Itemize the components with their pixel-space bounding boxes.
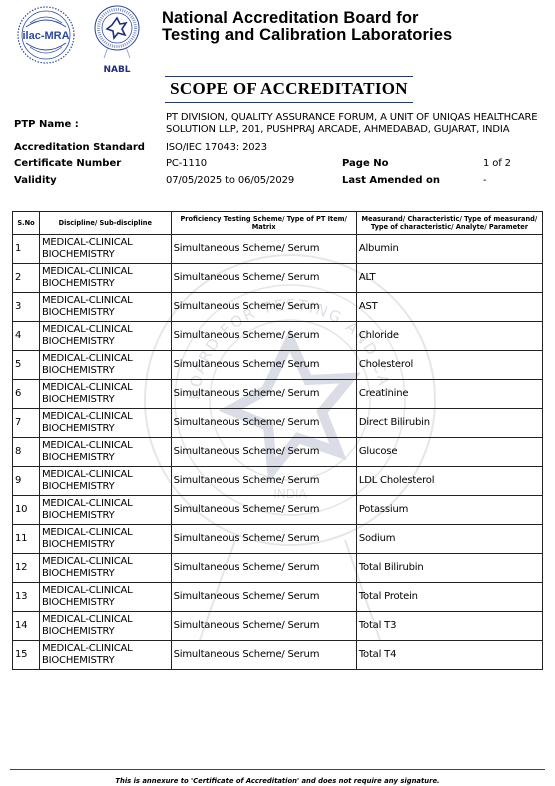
cell-pt-scheme: Simultaneous Scheme/ Serum (171, 438, 356, 467)
discipline-line2: BIOCHEMISTRY (42, 307, 169, 319)
discipline-line2: BIOCHEMISTRY (42, 481, 169, 493)
last-amended-label: Last Amended on (342, 175, 440, 187)
cell-measurand: Sodium (356, 525, 542, 554)
ptp-name-line2: SOLUTION LLP, 201, PUSHPRAJ ARCADE, AHME… (166, 124, 509, 136)
discipline-line1: MEDICAL-CLINICAL (42, 585, 169, 597)
cell-discipline: MEDICAL-CLINICALBIOCHEMISTRY (39, 496, 171, 525)
discipline-line2: BIOCHEMISTRY (42, 510, 169, 522)
table-header-row: S.No Discipline/ Sub-discipline Proficie… (13, 212, 543, 235)
certificate-number-label: Certificate Number (14, 158, 121, 170)
cell-sno: 15 (13, 641, 40, 670)
cell-measurand: AST (356, 293, 542, 322)
table-row: 11MEDICAL-CLINICALBIOCHEMISTRYSimultaneo… (13, 525, 543, 554)
table-row: 14MEDICAL-CLINICALBIOCHEMISTRYSimultaneo… (13, 612, 543, 641)
cell-measurand: Chloride (356, 322, 542, 351)
nabl-logo: NABL (92, 3, 142, 75)
cell-discipline: MEDICAL-CLINICALBIOCHEMISTRY (39, 235, 171, 264)
discipline-line1: MEDICAL-CLINICAL (42, 266, 169, 278)
cell-discipline: MEDICAL-CLINICALBIOCHEMISTRY (39, 438, 171, 467)
footer-note: This is annexure to 'Certificate of Accr… (0, 777, 555, 785)
discipline-line1: MEDICAL-CLINICAL (42, 614, 169, 626)
cell-sno: 11 (13, 525, 40, 554)
standard-value: ISO/IEC 17043: 2023 (166, 142, 267, 154)
header-sno: S.No (13, 212, 40, 235)
cell-sno: 8 (13, 438, 40, 467)
discipline-line2: BIOCHEMISTRY (42, 655, 169, 667)
table-row: 7MEDICAL-CLINICALBIOCHEMISTRYSimultaneou… (13, 409, 543, 438)
discipline-line2: BIOCHEMISTRY (42, 568, 169, 580)
header-measurand: Measurand/ Characteristic/ Type of measu… (356, 212, 542, 235)
discipline-line1: MEDICAL-CLINICAL (42, 498, 169, 510)
org-title-line2: Testing and Calibration Laboratories (162, 27, 452, 44)
header-discipline: Discipline/ Sub-discipline (39, 212, 171, 235)
cell-pt-scheme: Simultaneous Scheme/ Serum (171, 641, 356, 670)
cell-pt-scheme: Simultaneous Scheme/ Serum (171, 380, 356, 409)
cell-sno: 3 (13, 293, 40, 322)
cell-pt-scheme: Simultaneous Scheme/ Serum (171, 235, 356, 264)
ptp-name-label: PTP Name : (14, 119, 79, 131)
cell-measurand: Creatinine (356, 380, 542, 409)
cell-measurand: Total Bilirubin (356, 554, 542, 583)
cell-discipline: MEDICAL-CLINICALBIOCHEMISTRY (39, 525, 171, 554)
ptp-name-line1: PT DIVISION, QUALITY ASSURANCE FORUM, A … (166, 112, 537, 124)
cell-discipline: MEDICAL-CLINICALBIOCHEMISTRY (39, 612, 171, 641)
discipline-line1: MEDICAL-CLINICAL (42, 382, 169, 394)
validity-value: 07/05/2025 to 06/05/2029 (166, 175, 294, 187)
discipline-line1: MEDICAL-CLINICAL (42, 556, 169, 568)
header-pt-scheme: Proficiency Testing Scheme/ Type of PT I… (171, 212, 356, 235)
cell-pt-scheme: Simultaneous Scheme/ Serum (171, 293, 356, 322)
discipline-line2: BIOCHEMISTRY (42, 423, 169, 435)
cell-sno: 1 (13, 235, 40, 264)
cell-discipline: MEDICAL-CLINICALBIOCHEMISTRY (39, 322, 171, 351)
certificate-number-value: PC-1110 (166, 158, 207, 170)
cell-discipline: MEDICAL-CLINICALBIOCHEMISTRY (39, 409, 171, 438)
table-row: 12MEDICAL-CLINICALBIOCHEMISTRYSimultaneo… (13, 554, 543, 583)
cell-measurand: LDL Cholesterol (356, 467, 542, 496)
table-row: 13MEDICAL-CLINICALBIOCHEMISTRYSimultaneo… (13, 583, 543, 612)
cell-measurand: Potassium (356, 496, 542, 525)
discipline-line1: MEDICAL-CLINICAL (42, 411, 169, 423)
cell-pt-scheme: Simultaneous Scheme/ Serum (171, 612, 356, 641)
table-row: 3MEDICAL-CLINICALBIOCHEMISTRYSimultaneou… (13, 293, 543, 322)
table-row: 8MEDICAL-CLINICALBIOCHEMISTRYSimultaneou… (13, 438, 543, 467)
cell-pt-scheme: Simultaneous Scheme/ Serum (171, 554, 356, 583)
cell-sno: 9 (13, 467, 40, 496)
table-row: 6MEDICAL-CLINICALBIOCHEMISTRYSimultaneou… (13, 380, 543, 409)
cell-sno: 4 (13, 322, 40, 351)
cell-measurand: Albumin (356, 235, 542, 264)
cell-measurand: Direct Bilirubin (356, 409, 542, 438)
cell-sno: 7 (13, 409, 40, 438)
cell-discipline: MEDICAL-CLINICALBIOCHEMISTRY (39, 467, 171, 496)
cell-measurand: Total T3 (356, 612, 542, 641)
table-row: 10MEDICAL-CLINICALBIOCHEMISTRYSimultaneo… (13, 496, 543, 525)
scope-heading: SCOPE OF ACCREDITATION (165, 76, 413, 103)
cell-sno: 2 (13, 264, 40, 293)
discipline-line2: BIOCHEMISTRY (42, 249, 169, 261)
cell-discipline: MEDICAL-CLINICALBIOCHEMISTRY (39, 351, 171, 380)
discipline-line1: MEDICAL-CLINICAL (42, 643, 169, 655)
cell-pt-scheme: Simultaneous Scheme/ Serum (171, 351, 356, 380)
discipline-line2: BIOCHEMISTRY (42, 278, 169, 290)
cell-sno: 6 (13, 380, 40, 409)
scope-table: S.No Discipline/ Sub-discipline Proficie… (12, 211, 543, 670)
cell-pt-scheme: Simultaneous Scheme/ Serum (171, 467, 356, 496)
svg-text:ilac-MRA: ilac-MRA (22, 30, 69, 42)
cell-discipline: MEDICAL-CLINICALBIOCHEMISTRY (39, 293, 171, 322)
cell-sno: 14 (13, 612, 40, 641)
discipline-line2: BIOCHEMISTRY (42, 452, 169, 464)
discipline-line2: BIOCHEMISTRY (42, 539, 169, 551)
discipline-line2: BIOCHEMISTRY (42, 336, 169, 348)
table-row: 5MEDICAL-CLINICALBIOCHEMISTRYSimultaneou… (13, 351, 543, 380)
cell-measurand: Glucose (356, 438, 542, 467)
cell-measurand: Total Protein (356, 583, 542, 612)
organization-title: National Accreditation Board for Testing… (162, 10, 452, 44)
discipline-line2: BIOCHEMISTRY (42, 626, 169, 638)
discipline-line1: MEDICAL-CLINICAL (42, 440, 169, 452)
org-title-line1: National Accreditation Board for (162, 10, 452, 27)
validity-label: Validity (14, 175, 57, 187)
cell-pt-scheme: Simultaneous Scheme/ Serum (171, 583, 356, 612)
scope-title: SCOPE OF ACCREDITATION (170, 79, 408, 98)
cell-measurand: Total T4 (356, 641, 542, 670)
table-row: 15MEDICAL-CLINICALBIOCHEMISTRYSimultaneo… (13, 641, 543, 670)
cell-discipline: MEDICAL-CLINICALBIOCHEMISTRY (39, 641, 171, 670)
cell-pt-scheme: Simultaneous Scheme/ Serum (171, 264, 356, 293)
cell-pt-scheme: Simultaneous Scheme/ Serum (171, 496, 356, 525)
cell-pt-scheme: Simultaneous Scheme/ Serum (171, 525, 356, 554)
cell-pt-scheme: Simultaneous Scheme/ Serum (171, 409, 356, 438)
discipline-line1: MEDICAL-CLINICAL (42, 527, 169, 539)
table-row: 9MEDICAL-CLINICALBIOCHEMISTRYSimultaneou… (13, 467, 543, 496)
cell-sno: 5 (13, 351, 40, 380)
discipline-line1: MEDICAL-CLINICAL (42, 353, 169, 365)
footer-divider (10, 769, 545, 770)
discipline-line2: BIOCHEMISTRY (42, 365, 169, 377)
cell-discipline: MEDICAL-CLINICALBIOCHEMISTRY (39, 264, 171, 293)
cell-discipline: MEDICAL-CLINICALBIOCHEMISTRY (39, 380, 171, 409)
discipline-line2: BIOCHEMISTRY (42, 394, 169, 406)
discipline-line1: MEDICAL-CLINICAL (42, 237, 169, 249)
cell-sno: 12 (13, 554, 40, 583)
cell-discipline: MEDICAL-CLINICALBIOCHEMISTRY (39, 583, 171, 612)
cell-sno: 13 (13, 583, 40, 612)
table-row: 4MEDICAL-CLINICALBIOCHEMISTRYSimultaneou… (13, 322, 543, 351)
page-no-value: 1 of 2 (483, 158, 511, 170)
discipline-line2: BIOCHEMISTRY (42, 597, 169, 609)
discipline-line1: MEDICAL-CLINICAL (42, 469, 169, 481)
standard-label: Accreditation Standard (14, 142, 145, 154)
cell-measurand: ALT (356, 264, 542, 293)
page-no-label: Page No (342, 158, 388, 170)
discipline-line1: MEDICAL-CLINICAL (42, 295, 169, 307)
discipline-line1: MEDICAL-CLINICAL (42, 324, 169, 336)
cell-discipline: MEDICAL-CLINICALBIOCHEMISTRY (39, 554, 171, 583)
table-row: 2MEDICAL-CLINICALBIOCHEMISTRYSimultaneou… (13, 264, 543, 293)
svg-text:NABL: NABL (103, 65, 130, 75)
table-row: 1MEDICAL-CLINICALBIOCHEMISTRYSimultaneou… (13, 235, 543, 264)
cell-pt-scheme: Simultaneous Scheme/ Serum (171, 322, 356, 351)
cell-measurand: Cholesterol (356, 351, 542, 380)
last-amended-value: - (483, 175, 486, 187)
cell-sno: 10 (13, 496, 40, 525)
ilac-mra-logo: ilac-MRA (16, 5, 76, 65)
